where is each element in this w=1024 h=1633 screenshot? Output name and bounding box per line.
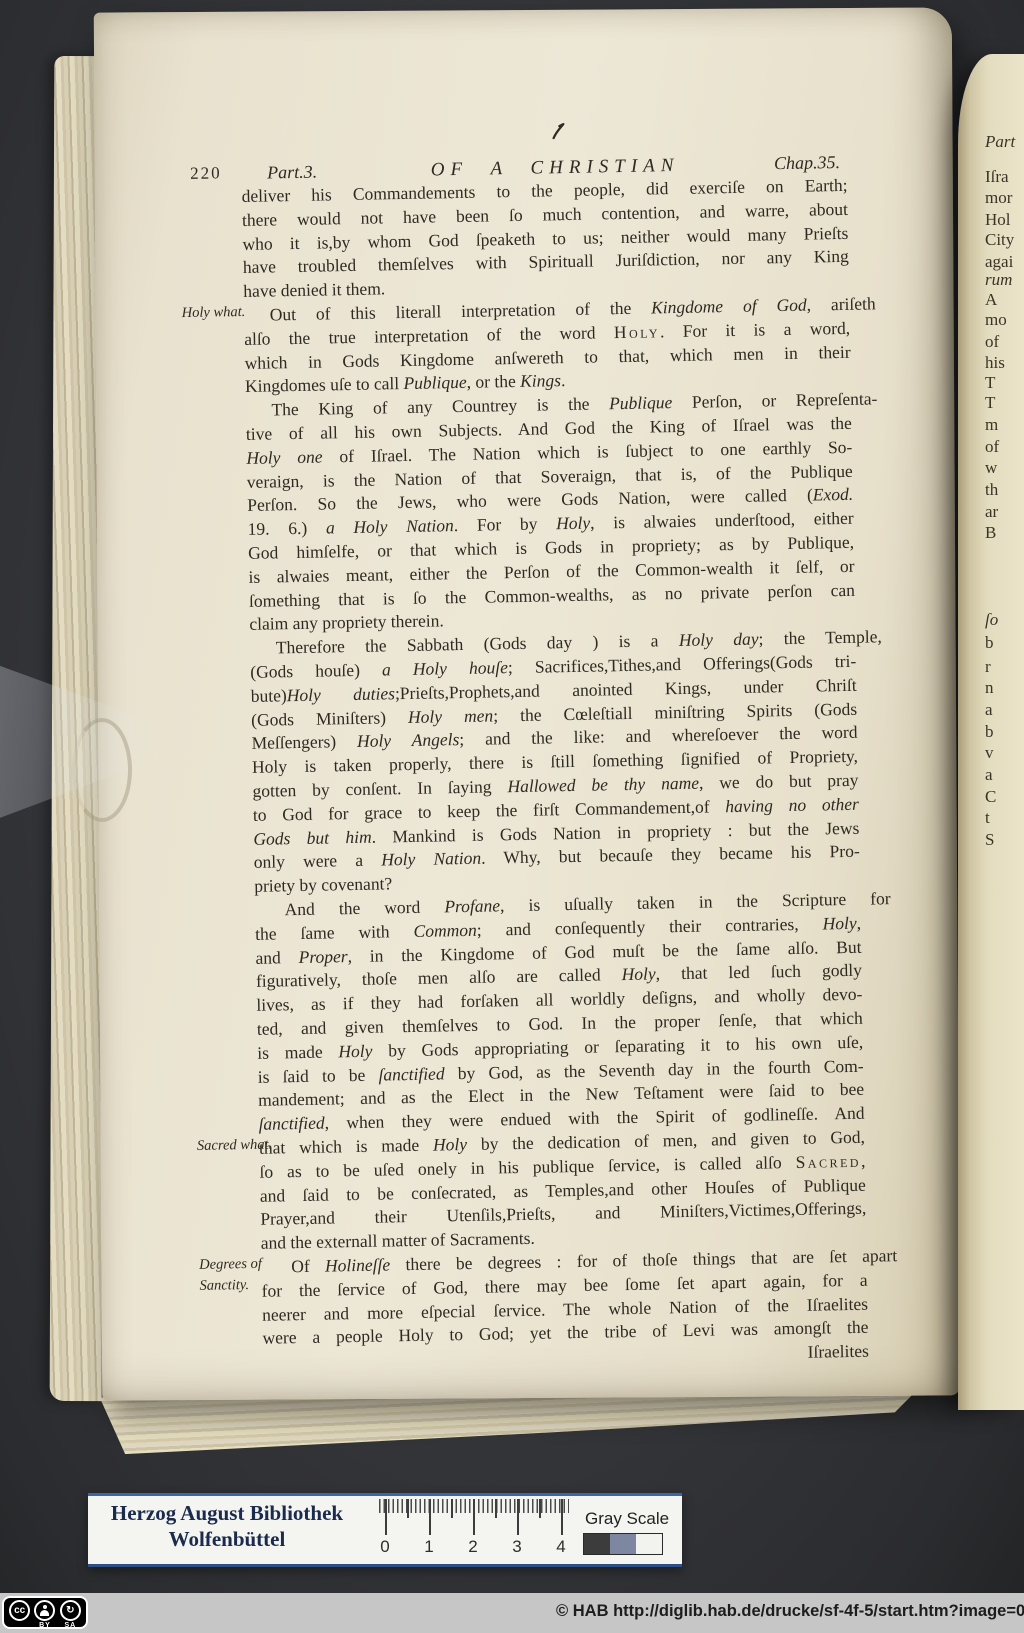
cc-icon: cc (9, 1600, 30, 1621)
half-cm-tick (407, 1499, 409, 1518)
margin-note: Sacred what. (197, 1135, 275, 1157)
sa-arrow: ↻ (66, 1605, 74, 1616)
cm-ruler: 01234 (385, 1499, 570, 1559)
text-area: 220 Part.3. OF A CHRISTIAN Chap.35. deli… (179, 127, 902, 1400)
facing-page-sliver: PartIſramorHolCityagairumAmoofhisTTmofwt… (958, 54, 1024, 1410)
gray-scale-label: Gray Scale (585, 1509, 669, 1529)
ruler-number: 2 (463, 1537, 483, 1557)
facing-text-fragment: B (985, 523, 996, 543)
ruler-number: 4 (551, 1537, 571, 1557)
facing-text-fragment: T (985, 373, 995, 393)
facing-text-fragment: ſo (985, 610, 998, 630)
signature-mark: Part.3. (267, 162, 317, 184)
facing-text-fragment: Iſra (985, 167, 1009, 187)
institution-line2: Wolfenbüttel (102, 1526, 352, 1552)
gray-scale-patch (636, 1534, 662, 1554)
institution-line1: Herzog August Bibliothek (102, 1500, 352, 1526)
plastic-holder-loop (72, 718, 132, 822)
cm-tick (385, 1499, 387, 1535)
gray-scale-patch (610, 1534, 636, 1554)
facing-text-fragment: rum (985, 270, 1012, 290)
scanned-book-photo: 220 Part.3. OF A CHRISTIAN Chap.35. deli… (0, 0, 1024, 1633)
facing-text-fragment: of (985, 332, 999, 352)
facing-text-fragment: agai (985, 252, 1013, 272)
facing-text-fragment: b (985, 633, 994, 653)
cc-by-sa-badge: cc BY ↻ SA (2, 1596, 88, 1629)
half-cm-tick (495, 1499, 497, 1518)
facing-text-fragment: w (985, 458, 997, 478)
gray-scale-patches (583, 1533, 663, 1555)
margin-note: Degrees ofSanctity. (199, 1254, 278, 1297)
person-body (40, 1610, 49, 1616)
sa-label: SA (62, 1622, 79, 1629)
by-label: BY (36, 1622, 53, 1629)
facing-text-fragment: b (985, 722, 994, 742)
ruler-number: 0 (375, 1537, 395, 1557)
chapter-number: Chap.35. (740, 152, 840, 175)
facing-text-fragment: of (985, 437, 999, 457)
facing-text-fragment: m (985, 415, 998, 435)
margin-note: Holy what. (182, 302, 260, 324)
facing-text-fragment: t (985, 808, 990, 828)
page-number: 220 (190, 163, 222, 184)
cm-tick (517, 1499, 519, 1535)
facing-text-fragment: A (985, 290, 997, 310)
facing-text-fragment: C (985, 787, 996, 807)
facing-text-fragment: a (985, 765, 993, 785)
share-alike-icon: ↻ SA (60, 1600, 81, 1621)
facing-text-fragment: mo (985, 310, 1007, 330)
library-color-bar: Herzog August Bibliothek Wolfenbüttel 01… (88, 1493, 682, 1567)
attribution-person-icon: BY (34, 1600, 55, 1621)
facing-text-fragment: S (985, 830, 994, 850)
facing-text-fragment: T (985, 393, 995, 413)
facing-text-fragment: his (985, 353, 1005, 373)
facing-text-fragment: Part (985, 132, 1015, 152)
half-cm-tick (451, 1499, 453, 1518)
ruler-number: 3 (507, 1537, 527, 1557)
half-cm-tick (539, 1499, 541, 1518)
facing-text-fragment: r (985, 657, 991, 677)
facing-text-fragment: ar (985, 502, 998, 522)
copyright-url: © HAB http://diglib.hab.de/drucke/sf-4f-… (556, 1602, 1024, 1621)
facing-text-fragment: n (985, 678, 994, 698)
facing-text-fragment: th (985, 480, 998, 500)
person-head (43, 1605, 47, 1609)
facing-text-fragment: a (985, 700, 993, 720)
institution-name: Herzog August Bibliothek Wolfenbüttel (102, 1500, 352, 1552)
facing-text-fragment: v (985, 743, 994, 763)
book-page: 220 Part.3. OF A CHRISTIAN Chap.35. deli… (94, 7, 960, 1400)
cm-tick (473, 1499, 475, 1535)
cc-text: cc (14, 1605, 25, 1616)
cm-tick (429, 1499, 431, 1535)
facing-text-fragment: City (985, 230, 1014, 250)
ruler-number: 1 (419, 1537, 439, 1557)
facing-text-fragment: Hol (985, 210, 1011, 230)
ink-mark (551, 123, 565, 144)
facing-text-fragment: mor (985, 188, 1012, 208)
gray-scale-patch (584, 1534, 610, 1554)
license-strip: cc BY ↻ SA © HAB http://diglib.hab.de/dr… (0, 1593, 1024, 1633)
cm-tick (561, 1499, 563, 1535)
